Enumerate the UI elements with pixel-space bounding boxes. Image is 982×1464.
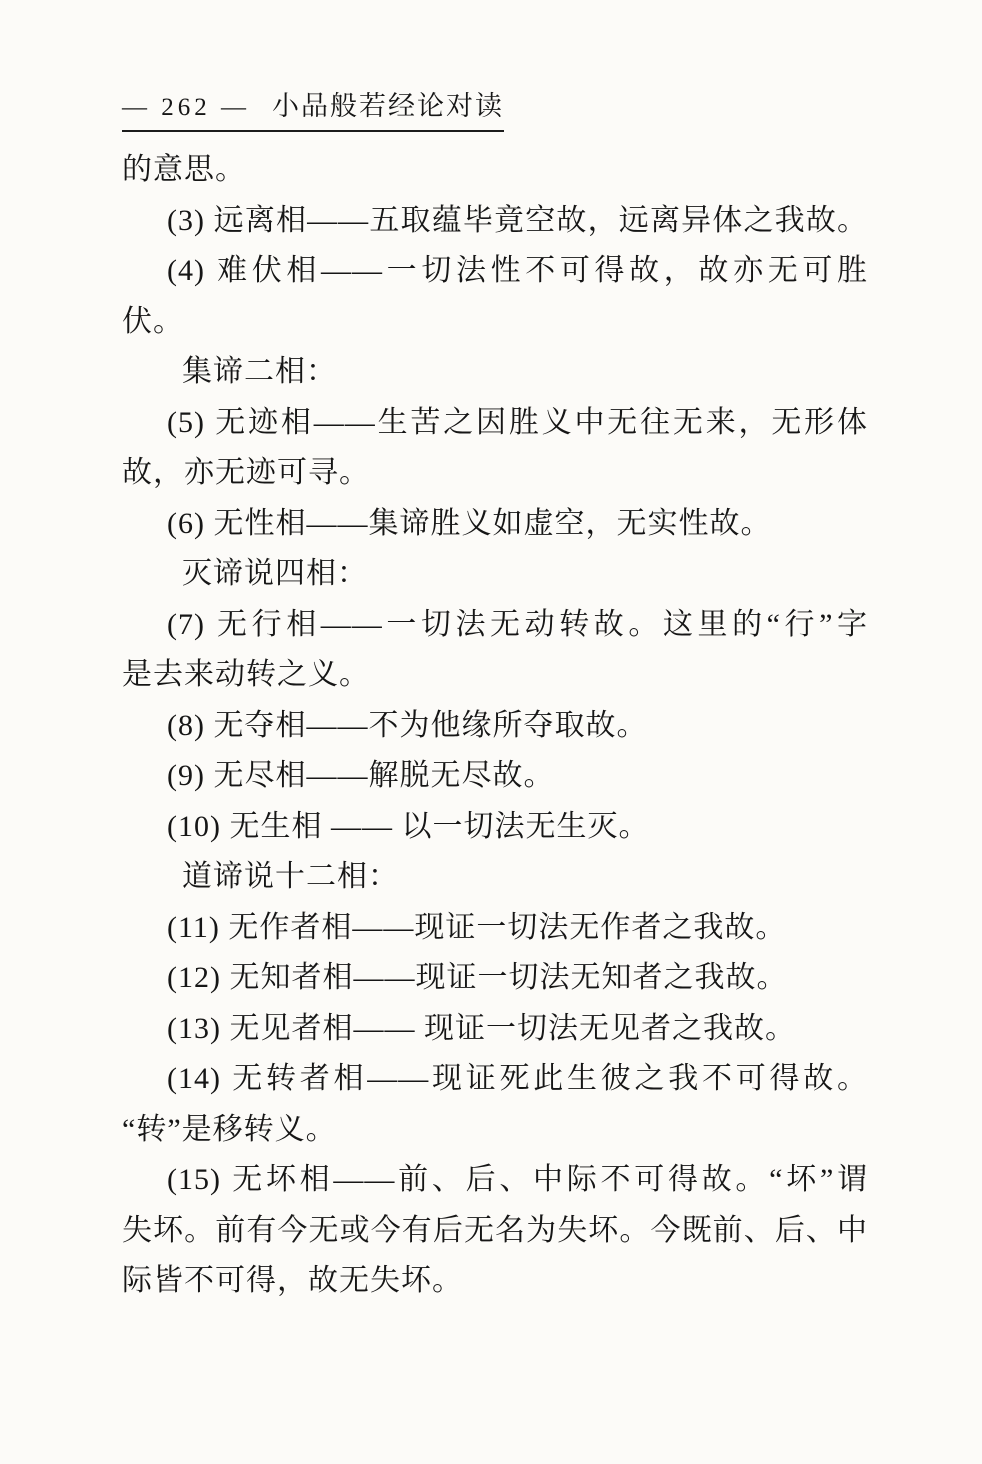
text-line: (4) 难伏相——一切法性不可得故，故亦无可胜: [122, 246, 868, 297]
text-line: (14) 无转者相——现证死此生彼之我不可得故。: [122, 1054, 868, 1105]
scanned-book-page: { "page": { "background": "#fcfbf8", "te…: [0, 0, 982, 1464]
text-line: “转”是移转义。: [122, 1105, 868, 1156]
text-line: 失坏。前有今无或今有后无名为失坏。今既前、后、中: [122, 1206, 868, 1257]
text-line: (3) 远离相——五取蕴毕竟空故，远离异体之我故。: [122, 196, 868, 247]
book-title: 小品般若经论对读: [272, 84, 504, 123]
running-header: — 262 — 小品般若经论对读: [122, 84, 504, 132]
text-line: 伏。: [122, 297, 868, 348]
text-line: 道谛说十二相：: [122, 852, 868, 903]
text-line: (6) 无性相——集谛胜义如虚空，无实性故。: [122, 499, 868, 550]
page-number: — 262 —: [122, 94, 250, 122]
text-line: 集谛二相：: [122, 347, 868, 398]
text-line: (5) 无迹相——生苦之因胜义中无往无来，无形体: [122, 398, 868, 449]
text-line: 故，亦无迹可寻。: [122, 448, 868, 499]
text-line: (13) 无见者相—— 现证一切法无见者之我故。: [122, 1004, 868, 1055]
text-line: (11) 无作者相——现证一切法无作者之我故。: [122, 903, 868, 954]
text-line: (8) 无夺相——不为他缘所夺取故。: [122, 701, 868, 752]
text-line: (10) 无生相 —— 以一切法无生灭。: [122, 802, 868, 853]
text-line: (12) 无知者相——现证一切法无知者之我故。: [122, 953, 868, 1004]
text-line: (7) 无行相——一切法无动转故。这里的“行”字: [122, 600, 868, 651]
text-line: (15) 无坏相——前、后、中际不可得故。“坏”谓: [122, 1155, 868, 1206]
text-line: 的意思。: [122, 145, 868, 196]
text-line: 灭谛说四相：: [122, 549, 868, 600]
body-text-block: 的意思。(3) 远离相——五取蕴毕竟空故，远离异体之我故。(4) 难伏相——一切…: [122, 145, 868, 1307]
text-line: 是去来动转之义。: [122, 650, 868, 701]
text-line: (9) 无尽相——解脱无尽故。: [122, 751, 868, 802]
text-line: 际皆不可得，故无失坏。: [122, 1256, 868, 1307]
